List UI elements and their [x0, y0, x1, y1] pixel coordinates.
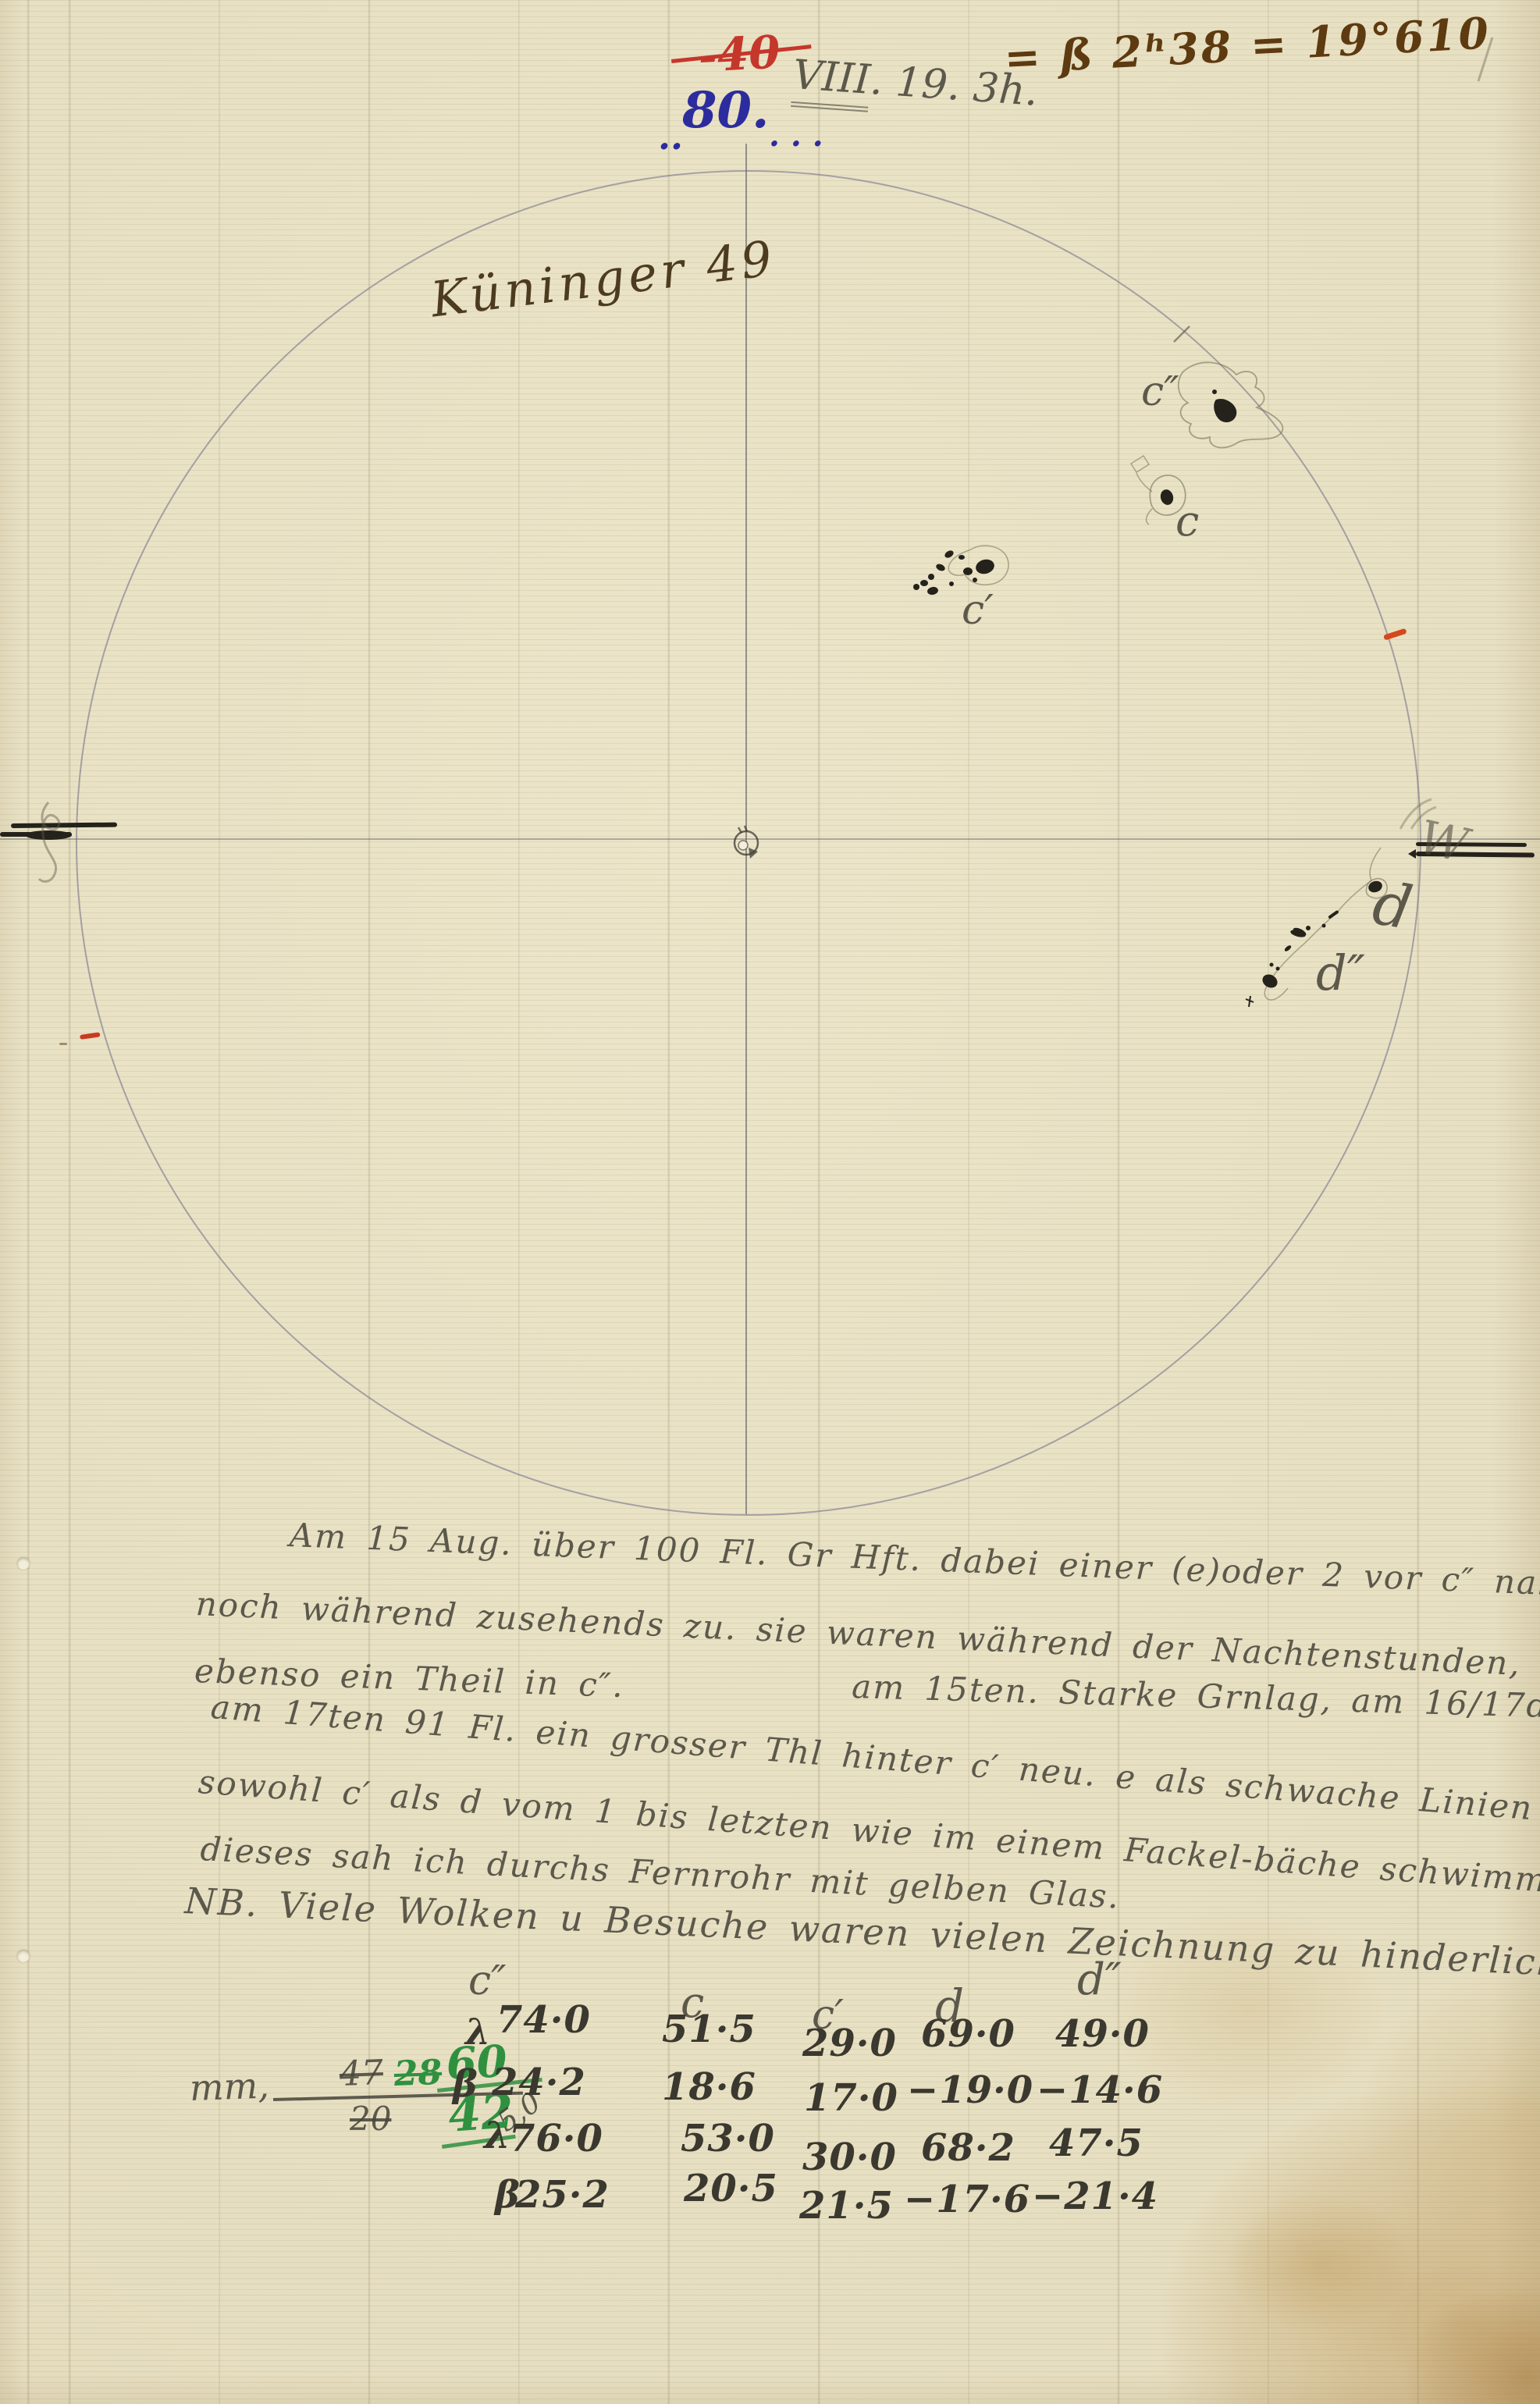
unit-label: mm,	[189, 2064, 270, 2109]
row-prefix-1: λ	[465, 2011, 491, 2053]
cell-r2c4: −19·0	[907, 2068, 1033, 2112]
observation-sheet: -40 80. .. . . . VIII. 19. 3h. = ß 2ʰ38 …	[0, 0, 1540, 2404]
cell-r3c3: 30·0	[802, 2136, 897, 2179]
cell-r2c5: −14·6	[1037, 2068, 1163, 2112]
row-prefix-3: λ	[484, 2114, 511, 2157]
crossed-value-20: 20	[350, 2100, 391, 2138]
label-spot-d2: d″	[1316, 944, 1365, 1001]
row-prefix-2: β	[453, 2062, 478, 2106]
cell-r4c5: −21·4	[1032, 2175, 1158, 2218]
cell-r1c2: 51·5	[662, 2007, 756, 2051]
east-pencil-squiggle	[39, 802, 59, 881]
cell-r3c5: 47·5	[1049, 2121, 1143, 2165]
label-spot-c1: c′	[962, 587, 994, 634]
solar-disk-circle	[76, 170, 1421, 1516]
blue-page-number: 80.	[682, 81, 769, 140]
crossed-value-47: 47	[339, 2053, 384, 2094]
cell-r3c1: 76·0	[509, 2117, 603, 2160]
pencil-date: VIII. 19. 3h.	[791, 52, 1040, 116]
cell-r1c1: 74·0	[496, 1998, 591, 2042]
cell-r1c5: 49·0	[1055, 2012, 1150, 2056]
col-header-d2: d″	[1077, 1954, 1122, 2005]
cell-r3c2: 53·0	[681, 2117, 775, 2160]
cell-r4c3: 21·5	[799, 2184, 894, 2228]
crossed-value-28: 28	[393, 2053, 443, 2094]
punch-hole-2	[17, 1950, 30, 1962]
pencil-month-roman: VIII	[791, 52, 872, 112]
note-line-1: Am 15 Aug. über 100 Fl. Gr Hft. dabei ei…	[289, 1516, 1540, 1606]
cell-r2c1: 24·2	[492, 2061, 586, 2104]
cell-r4c2: 20·5	[684, 2167, 778, 2210]
west-mark: W	[1414, 810, 1472, 873]
cell-r2c2: 18·6	[662, 2065, 756, 2109]
cell-r1c4: 69·0	[921, 2012, 1015, 2056]
cell-r4c1: 25·2	[515, 2173, 610, 2217]
blue-dots-right: . . .	[769, 117, 823, 154]
blue-dots-left: ..	[658, 116, 683, 158]
cell-r1c3: 29·0	[802, 2022, 897, 2065]
cell-r2c3: 17·0	[804, 2076, 898, 2120]
cell-r3c4: 68·2	[921, 2126, 1015, 2170]
col-header-c2: c″	[468, 1958, 507, 2004]
cell-r4c4: −17·6	[904, 2178, 1030, 2221]
label-spot-c: c	[1175, 496, 1199, 546]
ink-position-note: = ß 2ʰ38 = 19°610	[1003, 7, 1492, 84]
label-spot-c2: c″	[1141, 368, 1179, 415]
punch-hole-1	[17, 1557, 30, 1570]
